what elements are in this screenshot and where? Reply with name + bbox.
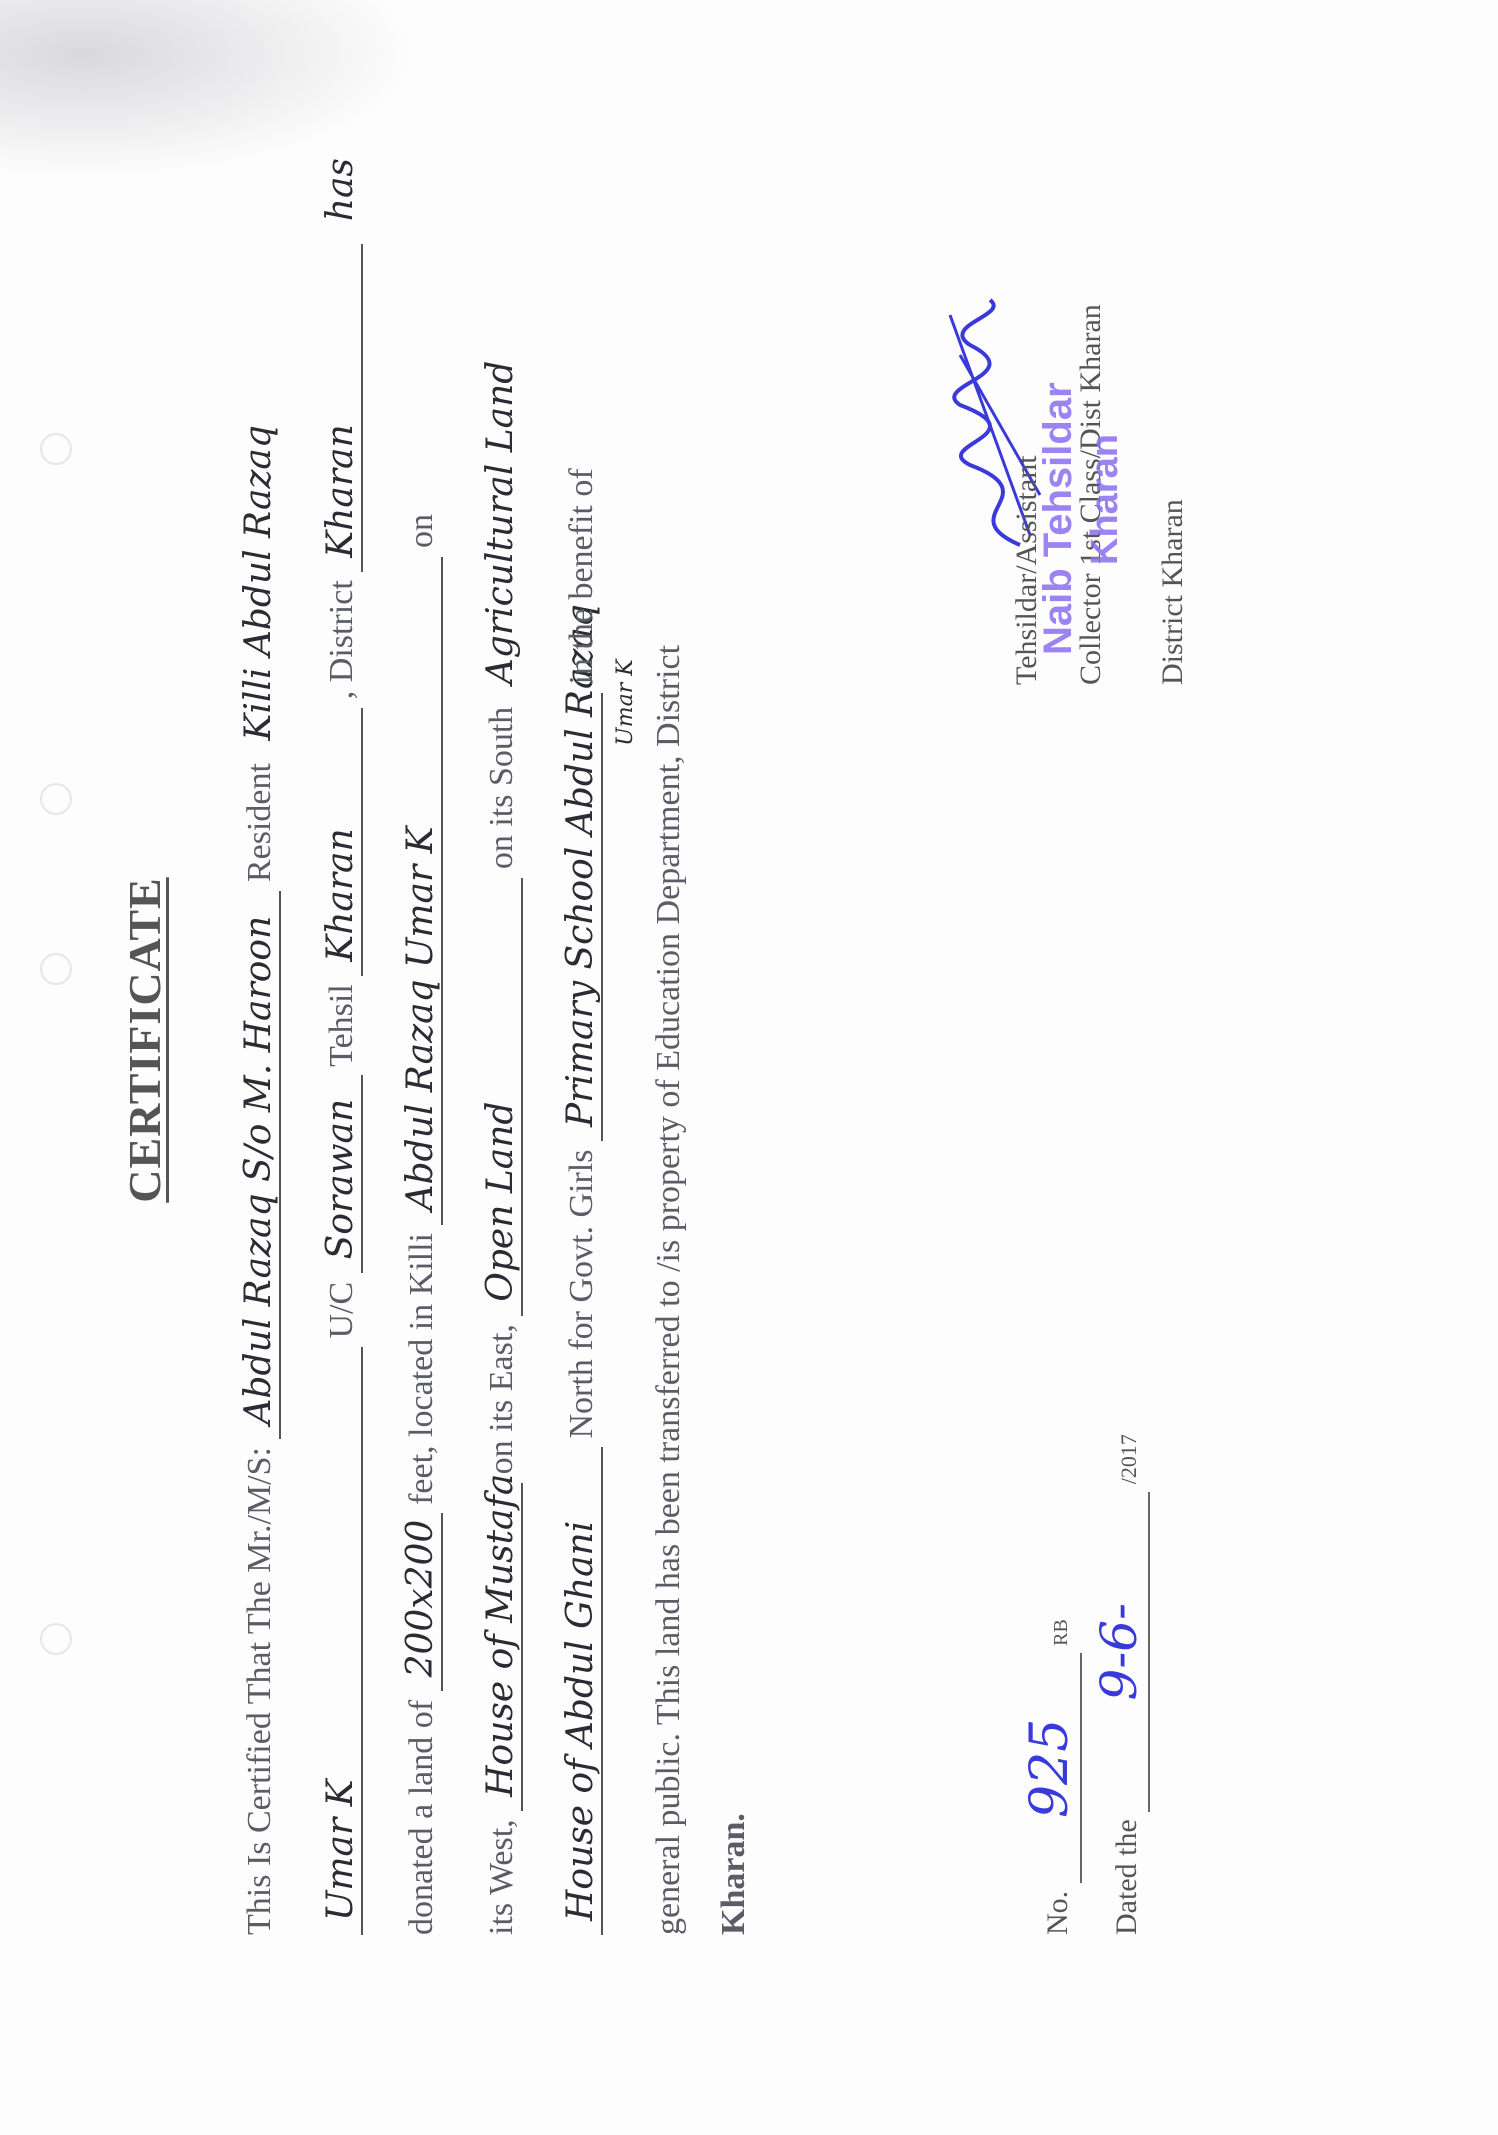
print-text: Kharan. — [715, 1813, 753, 1935]
handwritten-name-field: Abdul Razaq S/o M. Haroon — [238, 891, 281, 1439]
handwritten-location-field: Abdul Razaq Umar K — [400, 557, 443, 1225]
print-text: its West, — [483, 1819, 521, 1935]
print-text: Resident — [241, 763, 279, 882]
print-text: Killi — [403, 1233, 441, 1295]
print-text: feet, located in — [403, 1304, 441, 1505]
handwritten-school-name-field: Primary School Abdul Razaq — [560, 693, 603, 1141]
handwritten-district-field: Kharan — [320, 244, 363, 572]
date-year: /2017 — [1116, 1434, 1141, 1484]
signatory-block: Tehsildar/Assistant Naib Tehsildar Colle… — [1010, 225, 1220, 685]
issue-date: Dated the 9-6- /2017 — [1090, 1434, 1150, 1935]
signatory-designation-line-2: Collector 1st Class/Dist Kharan Kharan — [1074, 225, 1138, 685]
body-line-5: House of Abdul Ghani North for Govt. Gir… — [560, 345, 630, 1935]
punch-hole-mark — [40, 953, 72, 985]
punch-hole-mark — [40, 433, 72, 465]
signatory-designation-line-1: Tehsildar/Assistant Naib Tehsildar — [1010, 225, 1074, 685]
punch-hole-mark — [40, 783, 72, 815]
print-text: on — [403, 514, 441, 548]
print-text: in the benefit of — [563, 468, 601, 684]
reference-number-label: No. — [1041, 1891, 1074, 1935]
print-text: , District — [323, 580, 361, 699]
body-line-2: Umar K U/C Sorawan Tehsil Kharan , Distr… — [320, 144, 390, 1935]
print-text: North for Govt. Girls — [563, 1150, 601, 1439]
body-line-3: donated a land of 200x200 feet, located … — [400, 514, 470, 1935]
punch-hole-mark — [40, 1623, 72, 1655]
body-line-7: Kharan. — [715, 1813, 785, 1935]
date-value: 9-6- — [1090, 1603, 1148, 1700]
handwritten-resident-field: Killi Abdul Razaq — [238, 411, 279, 755]
handwritten-resident-continued: Umar K — [320, 1347, 363, 1935]
handwritten-north-boundary-field: House of Abdul Ghani — [560, 1447, 603, 1935]
signatory-district: District Kharan — [1156, 225, 1220, 685]
reference-number-suffix: RB — [1050, 1619, 1072, 1646]
print-text: Tehsil — [323, 984, 361, 1067]
certificate-title: CERTIFICATE — [118, 870, 171, 1210]
print-text: This Is Certified That The Mr./M/S: — [241, 1447, 279, 1935]
handwritten-annotation: Umar K — [613, 645, 638, 759]
handwritten-land-size-field: 200x200 — [400, 1513, 443, 1691]
print-text: donated a land of — [403, 1700, 441, 1935]
handwritten-tehsil-field: Kharan — [320, 708, 363, 976]
reference-number: No. 925 RB — [1020, 1619, 1082, 1935]
body-line-6: general public. This land has been trans… — [650, 645, 720, 1935]
stamp-kharan: Kharan — [1084, 434, 1127, 565]
print-text: general public. This land has been trans… — [650, 645, 688, 1935]
handwritten-text: has — [320, 144, 361, 235]
handwritten-west-boundary-field: House of Mustafa — [480, 1483, 523, 1811]
handwritten-east-boundary-field: Open Land — [480, 878, 523, 1316]
print-text: on its East, — [483, 1324, 521, 1474]
reference-number-value: 925 — [1020, 1719, 1080, 1818]
certificate-sheet: CERTIFICATE This Is Certified That The M… — [0, 0, 1498, 2135]
body-line-1: This Is Certified That The Mr./M/S: Abdu… — [238, 411, 308, 1935]
body-line-4: its West, House of Mustafa on its East, … — [480, 347, 550, 1935]
print-text: on its South — [483, 707, 521, 869]
print-text: U/C — [323, 1282, 361, 1339]
scanned-document-page: CERTIFICATE This Is Certified That The M… — [0, 0, 1498, 2135]
date-label: Dated the — [1110, 1819, 1143, 1935]
handwritten-south-boundary-field: Agricultural Land — [480, 347, 521, 699]
signatory-text: District Kharan — [1156, 499, 1189, 685]
handwritten-uc-field: Sorawan — [320, 1075, 363, 1273]
